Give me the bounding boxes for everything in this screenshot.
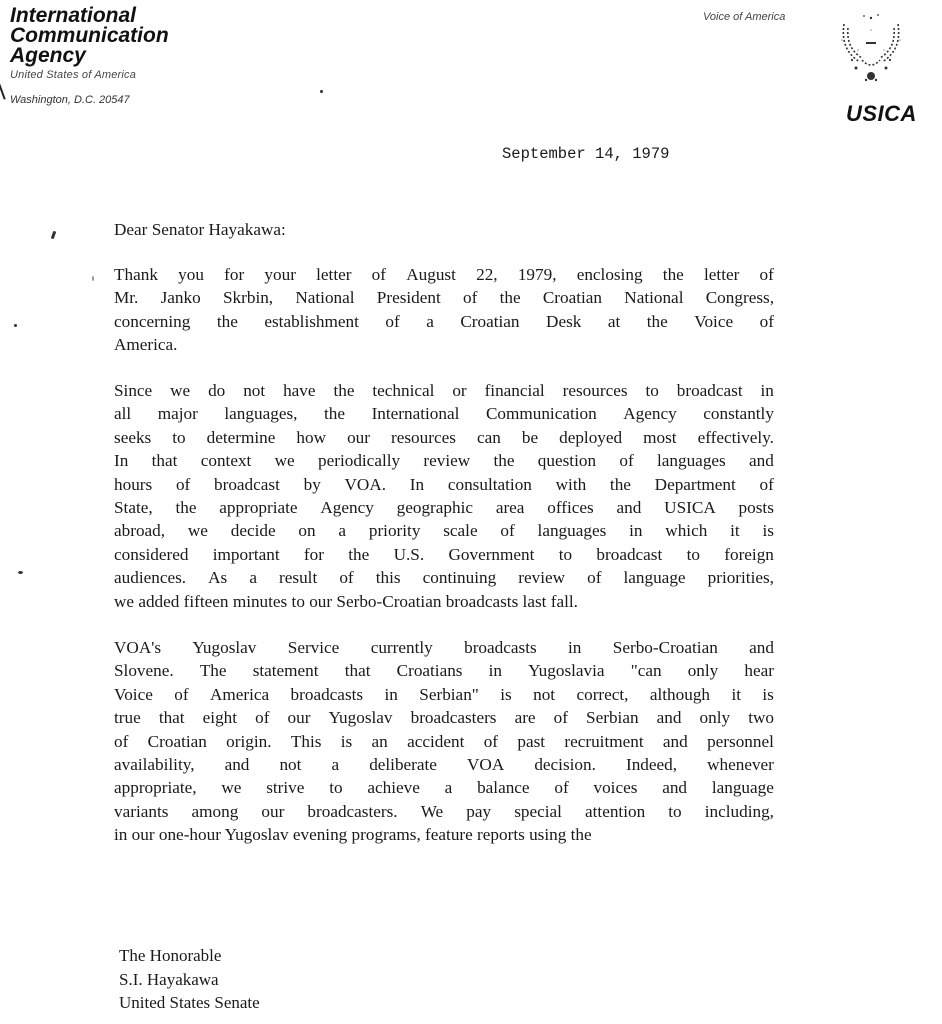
paragraph-line: abroad,wedecideonapriorityscaleoflanguag… xyxy=(114,519,774,542)
recipient-office: United States Senate xyxy=(119,991,260,1015)
paragraph-line: audiences.Asaresultofthiscontinuingrevie… xyxy=(114,566,774,589)
scan-speck xyxy=(51,231,57,240)
paragraph-line: allmajorlanguages,theInternationalCommun… xyxy=(114,402,774,425)
scan-speck xyxy=(14,324,17,327)
letterhead: International Communication Agency Unite… xyxy=(10,6,169,106)
letter-date: September 14, 1979 xyxy=(502,145,669,163)
paragraph-line: ofCroatianorigin.Thisisanaccidentofpastr… xyxy=(114,730,774,753)
agency-name-line-2: Communication xyxy=(10,26,169,46)
agency-name-line-3: Agency xyxy=(10,46,169,66)
paragraph-line: hoursofbroadcastbyVOA.Inconsultationwith… xyxy=(114,473,774,496)
paragraph-line: availability,andnotadeliberateVOAdecisio… xyxy=(114,753,774,776)
agency-country: United States of America xyxy=(10,69,169,81)
division-label: Voice of America xyxy=(703,11,785,23)
paragraph-2: Sincewedonothavethetechnicalorfinancialr… xyxy=(114,379,774,613)
recipient-title: The Honorable xyxy=(119,944,260,968)
paragraph-line: Sincewedonothavethetechnicalorfinancialr… xyxy=(114,379,774,402)
salutation: Dear Senator Hayakawa: xyxy=(114,218,774,241)
scan-speck xyxy=(320,90,323,93)
paragraph-line: VoiceofAmericabroadcastsinSerbian"isnotc… xyxy=(114,683,774,706)
margin-mark xyxy=(0,78,6,99)
paragraph-line: ThankyouforyourletterofAugust22,1979,enc… xyxy=(114,263,774,286)
recipient-name: S.I. Hayakawa xyxy=(119,968,260,992)
paragraph-line: in our one-hour Yugoslav evening program… xyxy=(114,823,774,846)
agency-acronym: USICA xyxy=(846,101,917,127)
paragraph-line: truethateightofourYugoslavbroadcastersar… xyxy=(114,706,774,729)
paragraph-line: appropriate,westrivetoachieveabalanceofv… xyxy=(114,776,774,799)
paragraph-1: ThankyouforyourletterofAugust22,1979,enc… xyxy=(114,263,774,357)
paragraph-line: variantsamongourbroadcasters.Wepayspecia… xyxy=(114,800,774,823)
paragraph-line: we added fifteen minutes to our Serbo-Cr… xyxy=(114,590,774,613)
paragraph-line: VOA'sYugoslavServicecurrentlybroadcastsi… xyxy=(114,636,774,659)
paragraph-line: concerningtheestablishmentofaCroatianDes… xyxy=(114,310,774,333)
eagle-seal-icon xyxy=(836,10,906,86)
paragraph-line: America. xyxy=(114,333,774,356)
paragraph-line: State,theappropriateAgencygeographicarea… xyxy=(114,496,774,519)
paragraph-line: seekstodeterminehowourresourcescanbedepl… xyxy=(114,426,774,449)
paragraph-line: consideredimportantfortheU.S.Governmentt… xyxy=(114,543,774,566)
paragraph-3: VOA'sYugoslavServicecurrentlybroadcastsi… xyxy=(114,636,774,847)
agency-address: Washington, D.C. 20547 xyxy=(10,94,169,106)
agency-name-line-1: International xyxy=(10,6,169,26)
paragraph-line: Slovene.ThestatementthatCroatiansinYugos… xyxy=(114,659,774,682)
paragraph-line: Mr.JankoSkrbin,NationalPresidentoftheCro… xyxy=(114,286,774,309)
scan-speck xyxy=(92,276,94,281)
recipient-address: The Honorable S.I. Hayakawa United State… xyxy=(119,944,260,1015)
scan-speck xyxy=(18,571,23,574)
paragraph-line: Inthatcontextweperiodicallyreviewtheques… xyxy=(114,449,774,472)
